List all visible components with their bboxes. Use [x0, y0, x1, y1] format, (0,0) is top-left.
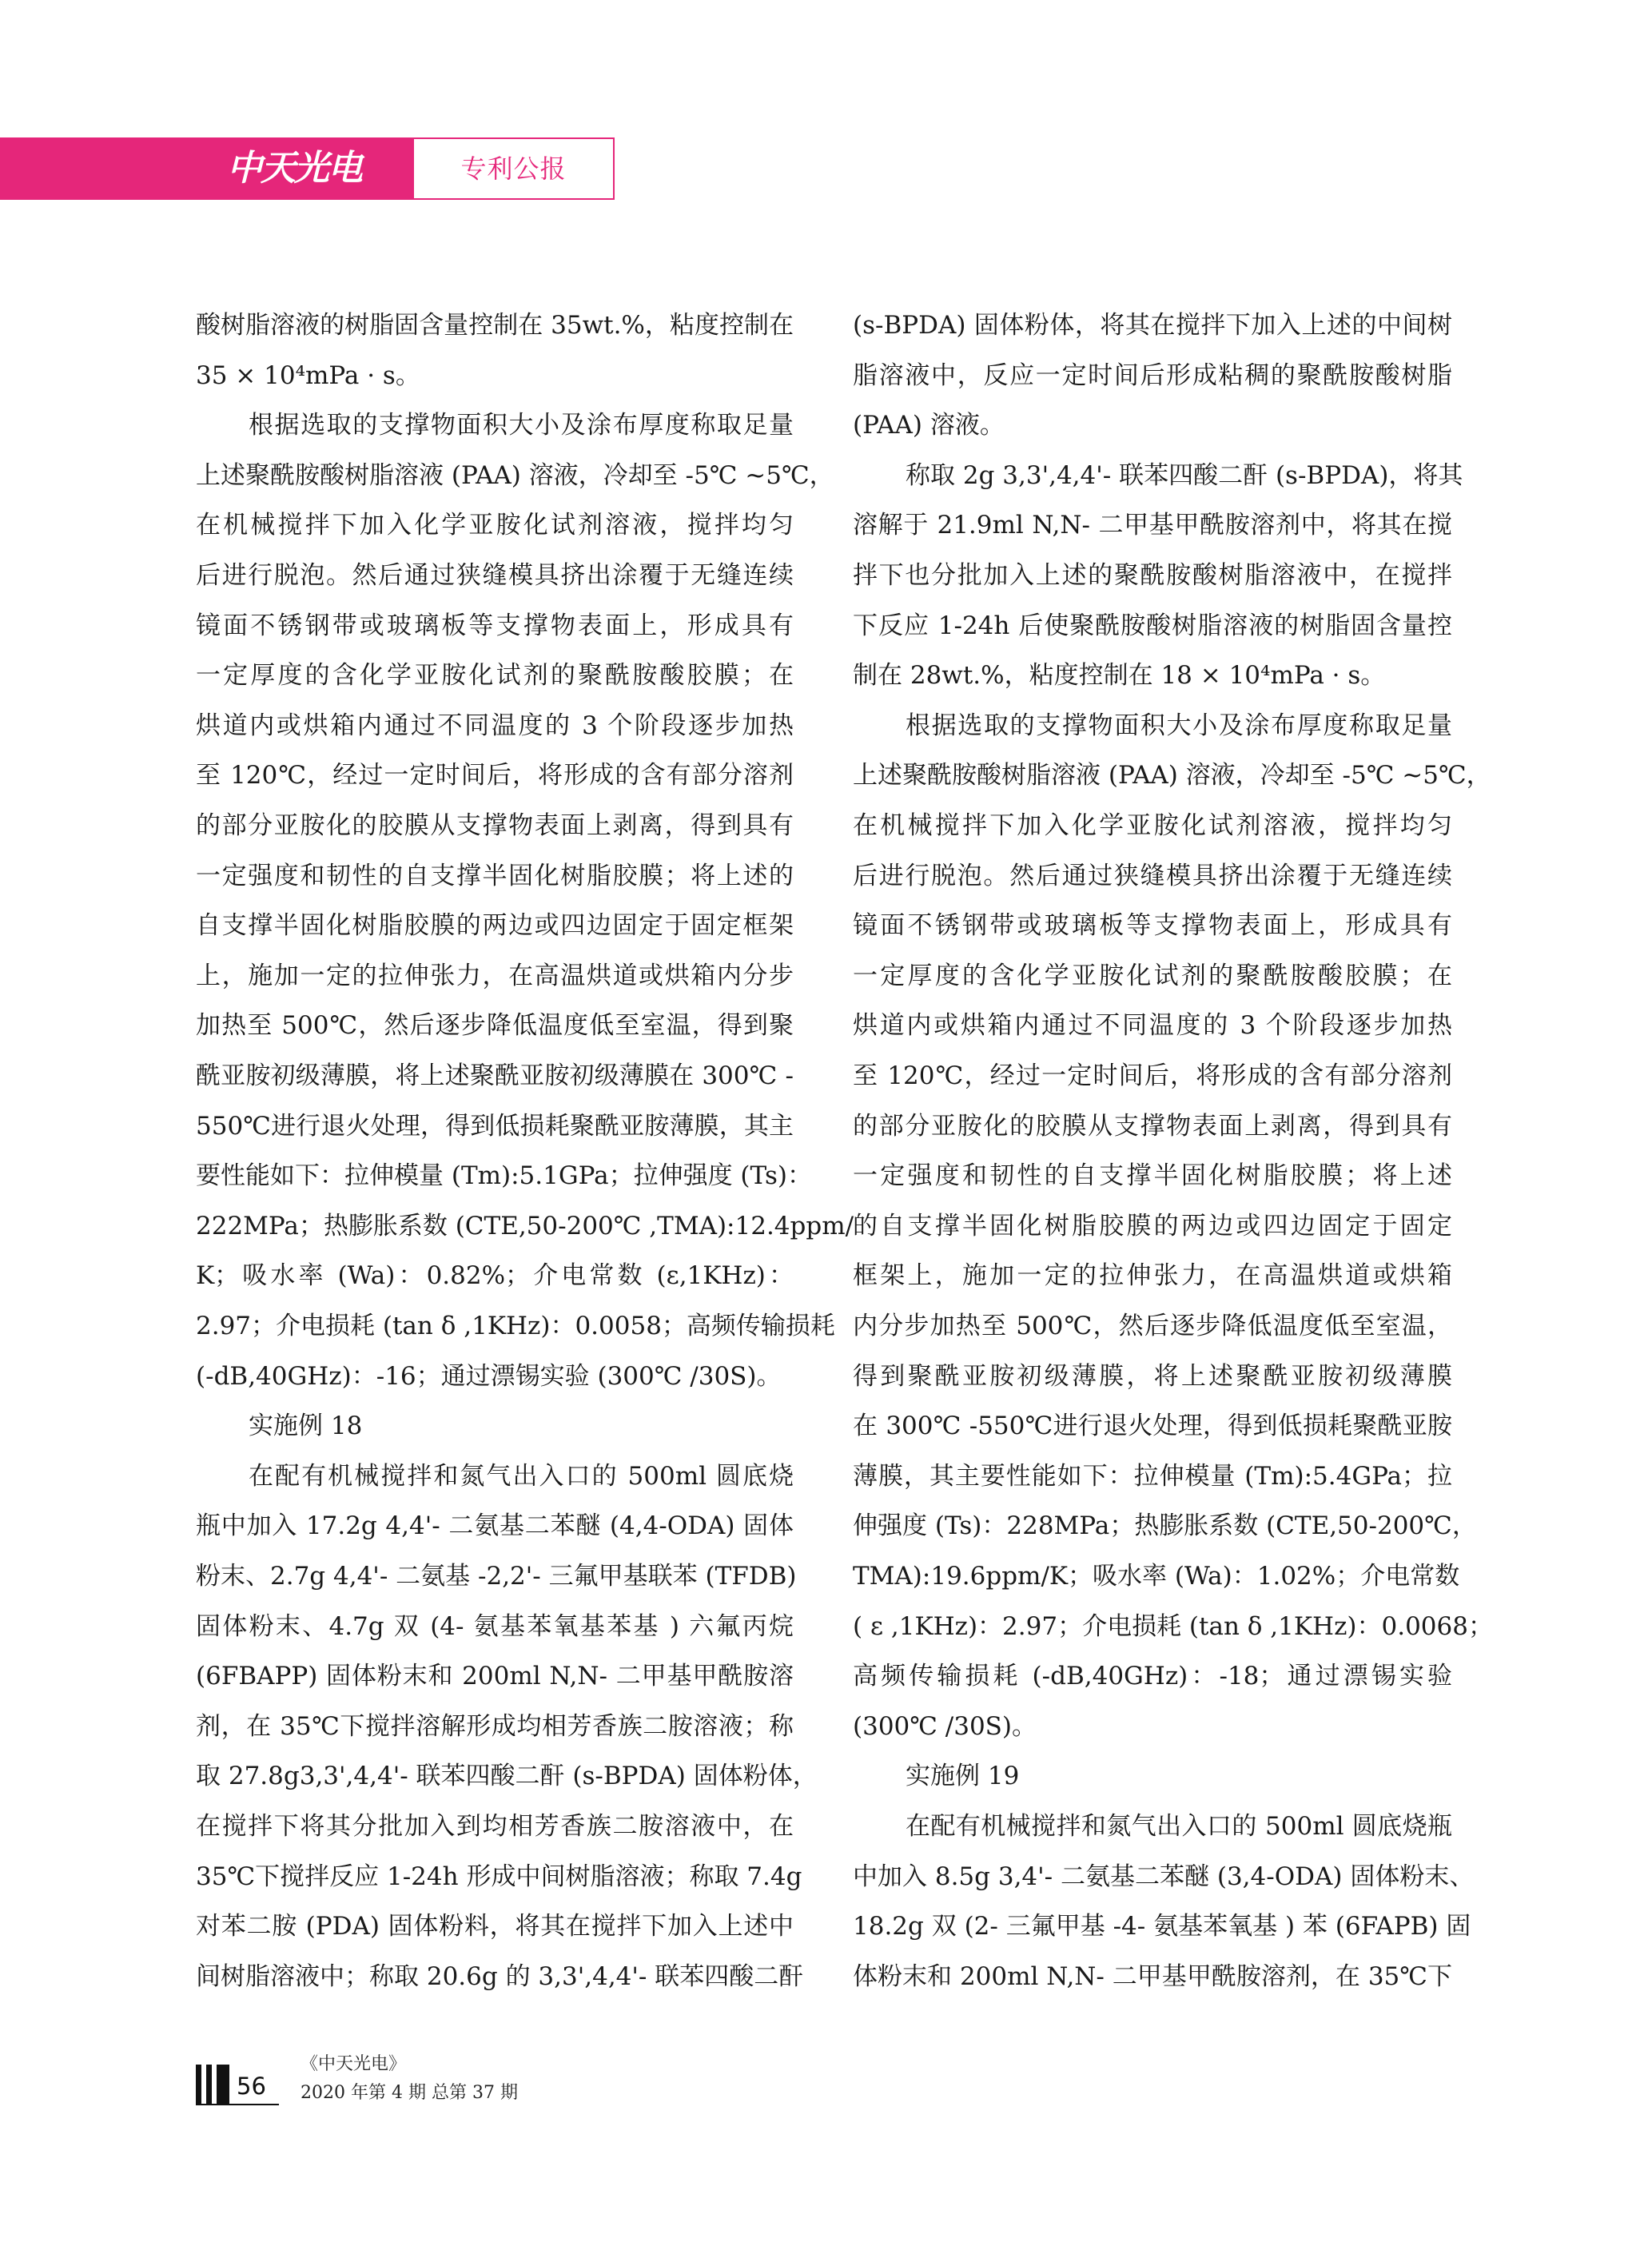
- text-line: 制在 28wt.%，粘度控制在 18 × 10⁴mPa · s。: [853, 659, 1452, 691]
- text-line: 至 120℃，经过一定时间后，将形成的含有部分溶剂: [196, 759, 794, 791]
- footer-journal-name: 《中天光电》: [301, 2053, 406, 2077]
- text-line: 的部分亚胺化的胶膜从支撑物表面上剥离，得到具有: [196, 810, 794, 842]
- text-line: (PAA) 溶液。: [853, 409, 1452, 441]
- text-line: 中加入 8.5g 3,4'- 二氨基二苯醚 (3,4-ODA) 固体粉末、: [853, 1861, 1452, 1893]
- section-label: 专利公报: [414, 139, 613, 198]
- text-line: 上述聚酰胺酸树脂溶液 (PAA) 溶液，冷却至 -5℃ ~5℃，: [196, 460, 794, 492]
- text-line: 烘道内或烘箱内通过不同温度的 3 个阶段逐步加热: [196, 710, 794, 742]
- text-line: TMA):19.6ppm/K；吸水率 (Wa)：1.02%；介电常数: [853, 1560, 1452, 1592]
- text-line: 镜面不锈钢带或玻璃板等支撑物表面上，形成具有: [853, 910, 1452, 942]
- text-line: 上述聚酰胺酸树脂溶液 (PAA) 溶液，冷却至 -5℃ ~5℃，: [853, 759, 1452, 791]
- text-line: (-dB,40GHz)：-16；通过漂锡实验 (300℃ /30S)。: [196, 1360, 794, 1392]
- text-line: 上，施加一定的拉伸张力，在高温烘道或烘箱内分步: [196, 960, 794, 992]
- text-line: 要性能如下：拉伸模量 (Tm):5.1GPa；拉伸强度 (Ts)：: [196, 1160, 794, 1192]
- text-line: 酰亚胺初级薄膜，将上述聚酰亚胺初级薄膜在 300℃ -: [196, 1060, 794, 1092]
- text-line: 剂，在 35℃下搅拌溶解形成均相芳香族二胺溶液；称: [196, 1710, 794, 1742]
- text-line: 自支撑半固化树脂胶膜的两边或四边固定于固定框架: [196, 910, 794, 942]
- text-line: 根据选取的支撑物面积大小及涂布厚度称取足量: [853, 710, 1452, 742]
- text-line: 下反应 1-24h 后使聚酰胺酸树脂溶液的树脂固含量控: [853, 610, 1452, 642]
- text-line: 222MPa；热膨胀系数 (CTE,50-200℃ ,TMA):12.4ppm/: [196, 1210, 794, 1242]
- text-line: 对苯二胺 (PDA) 固体粉料，将其在搅拌下加入上述中: [196, 1910, 794, 1942]
- text-line: 得到聚酰亚胺初级薄膜，将上述聚酰亚胺初级薄膜: [853, 1360, 1452, 1392]
- text-line: 一定强度和韧性的自支撑半固化树脂胶膜；将上述: [853, 1160, 1452, 1192]
- text-line: 脂溶液中，反应一定时间后形成粘稠的聚酰胺酸树脂: [853, 360, 1452, 392]
- text-line: 后进行脱泡。然后通过狭缝模具挤出涂覆于无缝连续: [196, 560, 794, 591]
- text-line: 2.97；介电损耗 (tan δ ,1KHz)：0.0058；高频传输损耗: [196, 1310, 794, 1342]
- text-line: 粉末、2.7g 4,4'- 二氨基 -2,2'- 三氟甲基联苯 (TFDB): [196, 1560, 794, 1592]
- text-line: 称取 2g 3,3',4,4'- 联苯四酸二酐 (s-BPDA)，将其: [853, 460, 1452, 492]
- text-line: 550℃进行退火处理，得到低损耗聚酰亚胺薄膜，其主: [196, 1110, 794, 1142]
- footer-issue-info: 2020 年第 4 期 总第 37 期: [301, 2081, 518, 2105]
- text-line: 加热至 500℃，然后逐步降低温度低至室温，得到聚: [196, 1009, 794, 1041]
- text-line: 的部分亚胺化的胶膜从支撑物表面上剥离，得到具有: [853, 1110, 1452, 1142]
- text-line: 体粉末和 200ml N,N- 二甲基甲酰胺溶剂，在 35℃下: [853, 1961, 1452, 1993]
- text-line: 后进行脱泡。然后通过狭缝模具挤出涂覆于无缝连续: [853, 860, 1452, 892]
- text-line: 溶解于 21.9ml N,N- 二甲基甲酰胺溶剂中，将其在搅: [853, 509, 1452, 541]
- text-line: 高频传输损耗 (-dB,40GHz)：-18；通过漂锡实验: [853, 1660, 1452, 1692]
- footer-rule: [196, 2104, 279, 2105]
- text-line: 瓶中加入 17.2g 4,4'- 二氨基二苯醚 (4,4-ODA) 固体: [196, 1510, 794, 1542]
- section-label-box: 专利公报: [412, 137, 615, 200]
- text-line: (300℃ /30S)。: [853, 1710, 1452, 1742]
- text-line: 一定厚度的含化学亚胺化试剂的聚酰胺酸胶膜；在: [853, 960, 1452, 992]
- text-line: 在搅拌下将其分批加入到均相芳香族二胺溶液中，在: [196, 1810, 794, 1842]
- page-number: 56: [237, 2072, 266, 2101]
- text-line: 35 × 10⁴mPa · s。: [196, 360, 794, 392]
- text-line: 拌下也分批加入上述的聚酰胺酸树脂溶液中，在搅拌: [853, 560, 1452, 591]
- footer-bar: [206, 2065, 212, 2104]
- text-line: K；吸水率 (Wa)：0.82%；介电常数 (ε,1KHz)：: [196, 1260, 794, 1292]
- section-heading: 实施例 19: [853, 1760, 1452, 1792]
- text-line: (s-BPDA) 固体粉体，将其在搅拌下加入上述的中间树: [853, 309, 1452, 341]
- text-line: 在 300℃ -550℃进行退火处理，得到低损耗聚酰亚胺: [853, 1410, 1452, 1442]
- section-heading: 实施例 18: [196, 1410, 794, 1442]
- text-line: 伸强度 (Ts)：228MPa；热膨胀系数 (CTE,50-200℃，: [853, 1510, 1452, 1542]
- text-line: 的自支撑半固化树脂胶膜的两边或四边固定于固定: [853, 1210, 1452, 1242]
- text-line: 框架上，施加一定的拉伸张力，在高温烘道或烘箱: [853, 1260, 1452, 1292]
- text-line: (6FBAPP) 固体粉末和 200ml N,N- 二甲基甲酰胺溶: [196, 1660, 794, 1692]
- text-line: 在机械搅拌下加入化学亚胺化试剂溶液，搅拌均匀: [853, 810, 1452, 842]
- text-line: 薄膜，其主要性能如下：拉伸模量 (Tm):5.4GPa；拉: [853, 1460, 1452, 1492]
- text-line: 18.2g 双 (2- 三氟甲基 -4- 氨基苯氧基 ) 苯 (6FAPB) 固: [853, 1910, 1452, 1942]
- brand-logo: 中天光电: [227, 141, 363, 197]
- text-line: 酸树脂溶液的树脂固含量控制在 35wt.%，粘度控制在: [196, 309, 794, 341]
- text-line: 在机械搅拌下加入化学亚胺化试剂溶液，搅拌均匀: [196, 509, 794, 541]
- text-line: 至 120℃，经过一定时间后，将形成的含有部分溶剂: [853, 1060, 1452, 1092]
- text-line: 取 27.8g3,3',4,4'- 联苯四酸二酐 (s-BPDA) 固体粉体，: [196, 1760, 794, 1792]
- text-line: 在配有机械搅拌和氮气出入口的 500ml 圆底烧瓶: [853, 1810, 1452, 1842]
- footer-bar: [217, 2065, 229, 2104]
- text-line: 35℃下搅拌反应 1-24h 形成中间树脂溶液；称取 7.4g: [196, 1861, 794, 1893]
- footer-bar: [196, 2065, 201, 2104]
- text-line: 内分步加热至 500℃，然后逐步降低温度低至室温，: [853, 1310, 1452, 1342]
- text-line: 固体粉末、4.7g 双 (4- 氨基苯氧基苯基 ) 六氟丙烷: [196, 1611, 794, 1643]
- text-line: 烘道内或烘箱内通过不同温度的 3 个阶段逐步加热: [853, 1009, 1452, 1041]
- text-line: 一定强度和韧性的自支撑半固化树脂胶膜；将上述的: [196, 860, 794, 892]
- text-line: 镜面不锈钢带或玻璃板等支撑物表面上，形成具有: [196, 610, 794, 642]
- text-line: 在配有机械搅拌和氮气出入口的 500ml 圆底烧: [196, 1460, 794, 1492]
- text-line: 间树脂溶液中；称取 20.6g 的 3,3',4,4'- 联苯四酸二酐: [196, 1961, 794, 1993]
- text-line: 根据选取的支撑物面积大小及涂布厚度称取足量: [196, 409, 794, 441]
- text-line: 一定厚度的含化学亚胺化试剂的聚酰胺酸胶膜；在: [196, 659, 794, 691]
- text-line: ( ε ,1KHz)：2.97；介电损耗 (tan δ ,1KHz)：0.006…: [853, 1611, 1452, 1643]
